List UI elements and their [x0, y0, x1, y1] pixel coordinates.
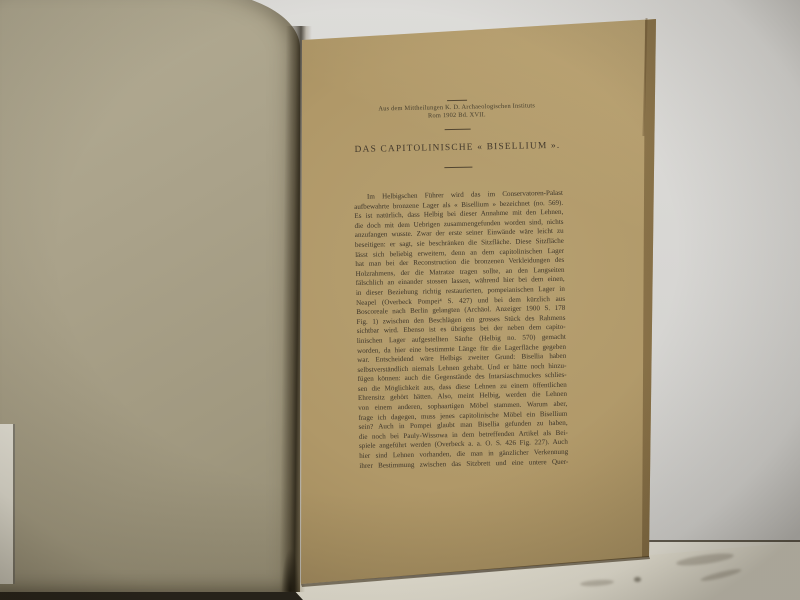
- photo-scene: Aus dem Mittheilungen K. D. Archaeologis…: [0, 0, 800, 600]
- divider-rule-under-title: [444, 167, 472, 169]
- table-speck: [634, 577, 641, 582]
- page-text-block: Aus dem Mittheilungen K. D. Archaeologis…: [352, 94, 569, 490]
- table-edge-sliver: [0, 424, 15, 584]
- document-title: DAS CAPITOLINISCHE « BISELLIUM ».: [353, 141, 562, 155]
- divider-rule-top: [447, 100, 467, 101]
- booklet-open-cover: [0, 0, 300, 592]
- divider-rule-middle: [444, 129, 470, 131]
- document-body: Im Helbigschen Führer wird das im Conser…: [354, 189, 569, 471]
